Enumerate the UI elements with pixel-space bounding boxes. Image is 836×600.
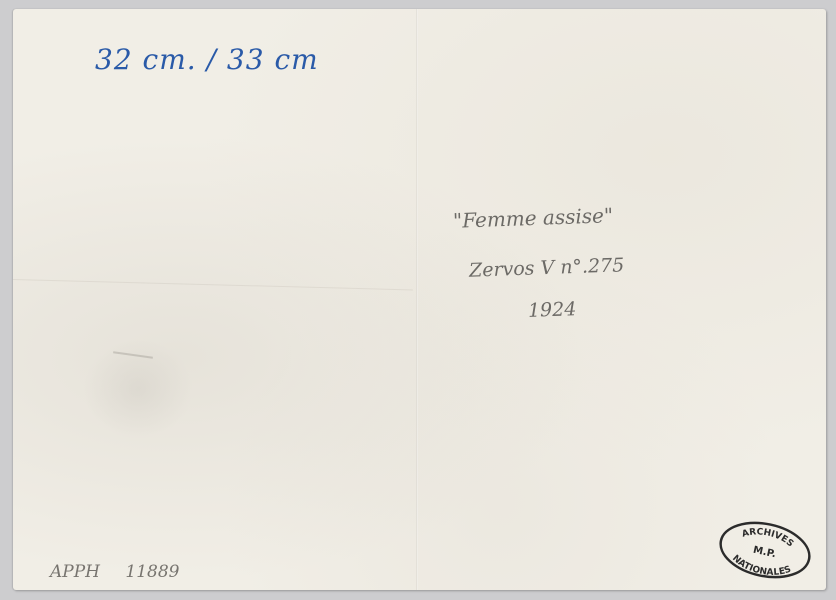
svg-text:ARCHIVES: ARCHIVES bbox=[739, 523, 797, 550]
stamp-center-text: M.P. bbox=[752, 545, 777, 561]
dimension-a: 32 cm. bbox=[95, 43, 197, 76]
inventory-number-annotation: APPH 11889 bbox=[50, 562, 179, 582]
year-annotation: 1924 bbox=[528, 298, 577, 322]
horizontal-fold-crease bbox=[13, 279, 413, 290]
photograph-verso: 32 cm. / 33 cm "Femme assise" Zervos V n… bbox=[13, 9, 826, 590]
dimensions-annotation: 32 cm. / 33 cm bbox=[95, 43, 319, 76]
vertical-fold-crease bbox=[416, 9, 418, 590]
stamp-top-text: ARCHIVES bbox=[739, 523, 797, 550]
artwork-title-annotation: "Femme assise" bbox=[453, 203, 614, 233]
catalogue-reference-annotation: Zervos V n°.275 bbox=[469, 254, 625, 281]
dimension-b: 33 cm bbox=[227, 43, 319, 76]
dimension-separator: / bbox=[207, 43, 217, 76]
scan-background: 32 cm. / 33 cm "Femme assise" Zervos V n… bbox=[0, 0, 836, 600]
